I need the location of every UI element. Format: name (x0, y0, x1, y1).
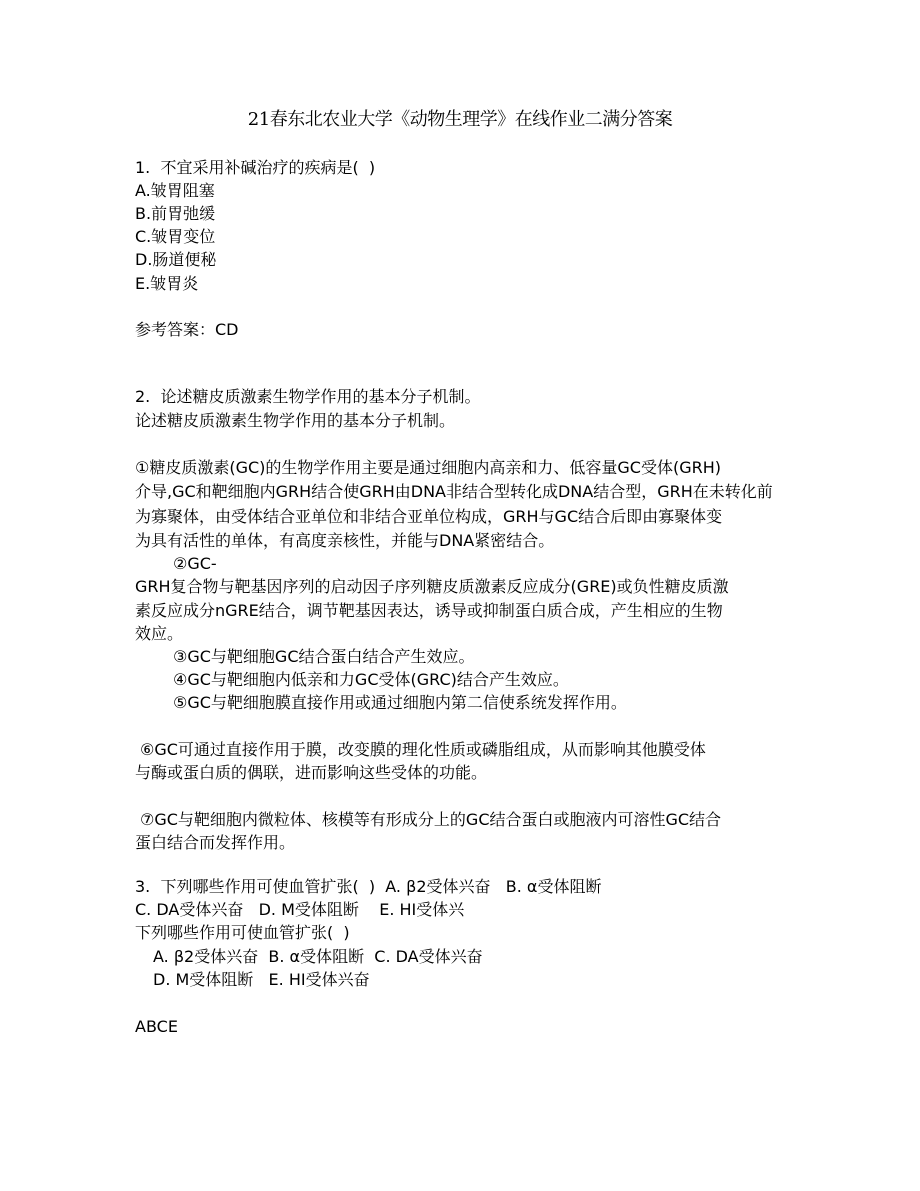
answer-line: 为寡聚体，由受体结合亚单位和非结合亚单位构成，GRH与GC结合后即由寡聚体变 (135, 505, 722, 528)
answer-line: ④GC与靶细胞内低亲和力GC受体(GRC)结合产生效应。 (173, 668, 569, 691)
document-page: 21春东北农业大学《动物生理学》在线作业二满分答案 1. 不宜采用补碱治疗的疾病… (0, 0, 920, 1191)
answer-line: 素反应成分nGRE结合，调节靶基因表达，诱导或抑制蛋白质合成，产生相应的生物 (135, 599, 723, 622)
answer-line: ⑦GC与靶细胞内微粒体、核模等有形成分上的GC结合蛋白或胞液内可溶性GC结合 (140, 808, 721, 831)
question-stem: 2. 论述糖皮质激素生物学作用的基本分子机制。 (135, 385, 480, 408)
answer-line: 蛋白结合而发挥作用。 (135, 831, 295, 854)
option-e: E.皱胃炎 (135, 272, 198, 295)
option-b: B.前胃弛缓 (135, 202, 215, 225)
option-d: D.肠道便秘 (135, 248, 216, 271)
question-stem: 3. 下列哪些作用可使血管扩张( ) A. β2受体兴奋 B. α受体阻断 (135, 875, 601, 898)
reference-answer: ABCE (135, 1015, 178, 1038)
question-stem-repeat: 论述糖皮质激素生物学作用的基本分子机制。 (135, 409, 455, 432)
question-stem: 1. 不宜采用补碱治疗的疾病是( ) (135, 156, 375, 179)
answer-line: 为具有活性的单体，有高度亲核性，并能与DNA紧密结合。 (135, 529, 554, 552)
reference-answer: 参考答案：CD (135, 318, 239, 341)
answer-line: GRH复合物与靶基因序列的启动因子序列糖皮质激素反应成分(GRE)或负性糖皮质激 (135, 575, 729, 598)
options-line: D. M受体阻断 E. HI受体兴奋 (153, 968, 370, 991)
answer-line: ③GC与靶细胞GC结合蛋白结合产生效应。 (173, 645, 475, 668)
document-title: 21春东北农业大学《动物生理学》在线作业二满分答案 (0, 108, 920, 132)
option-a: A.皱胃阻塞 (135, 179, 215, 202)
answer-line: ⑤GC与靶细胞膜直接作用或通过细胞内第二信使系统发挥作用。 (173, 691, 627, 714)
answer-line: 与酶或蛋白质的偶联，进而影响这些受体的功能。 (135, 761, 487, 784)
option-c: C.皱胃变位 (135, 225, 215, 248)
answer-line: ⑥GC可通过直接作用于膜，改变膜的理化性质或磷脂组成，从而影响其他膜受体 (140, 738, 706, 761)
options-line: A. β2受体兴奋 B. α受体阻断 C. DA受体兴奋 (153, 945, 483, 968)
question-stem-repeat: 下列哪些作用可使血管扩张( ) (135, 921, 350, 944)
answer-line: ②GC- (173, 552, 217, 575)
question-stem: C. DA受体兴奋 D. M受体阻断 E. HI受体兴 (135, 898, 464, 921)
answer-line: 效应。 (135, 622, 183, 645)
answer-line: 介导,GC和靶细胞内GRH结合使GRH由DNA非结合型转化成DNA结合型，GRH… (135, 480, 773, 503)
answer-line: ①糖皮质激素(GC)的生物学作用主要是通过细胞内高亲和力、低容量GC受体(GRH… (135, 456, 721, 479)
